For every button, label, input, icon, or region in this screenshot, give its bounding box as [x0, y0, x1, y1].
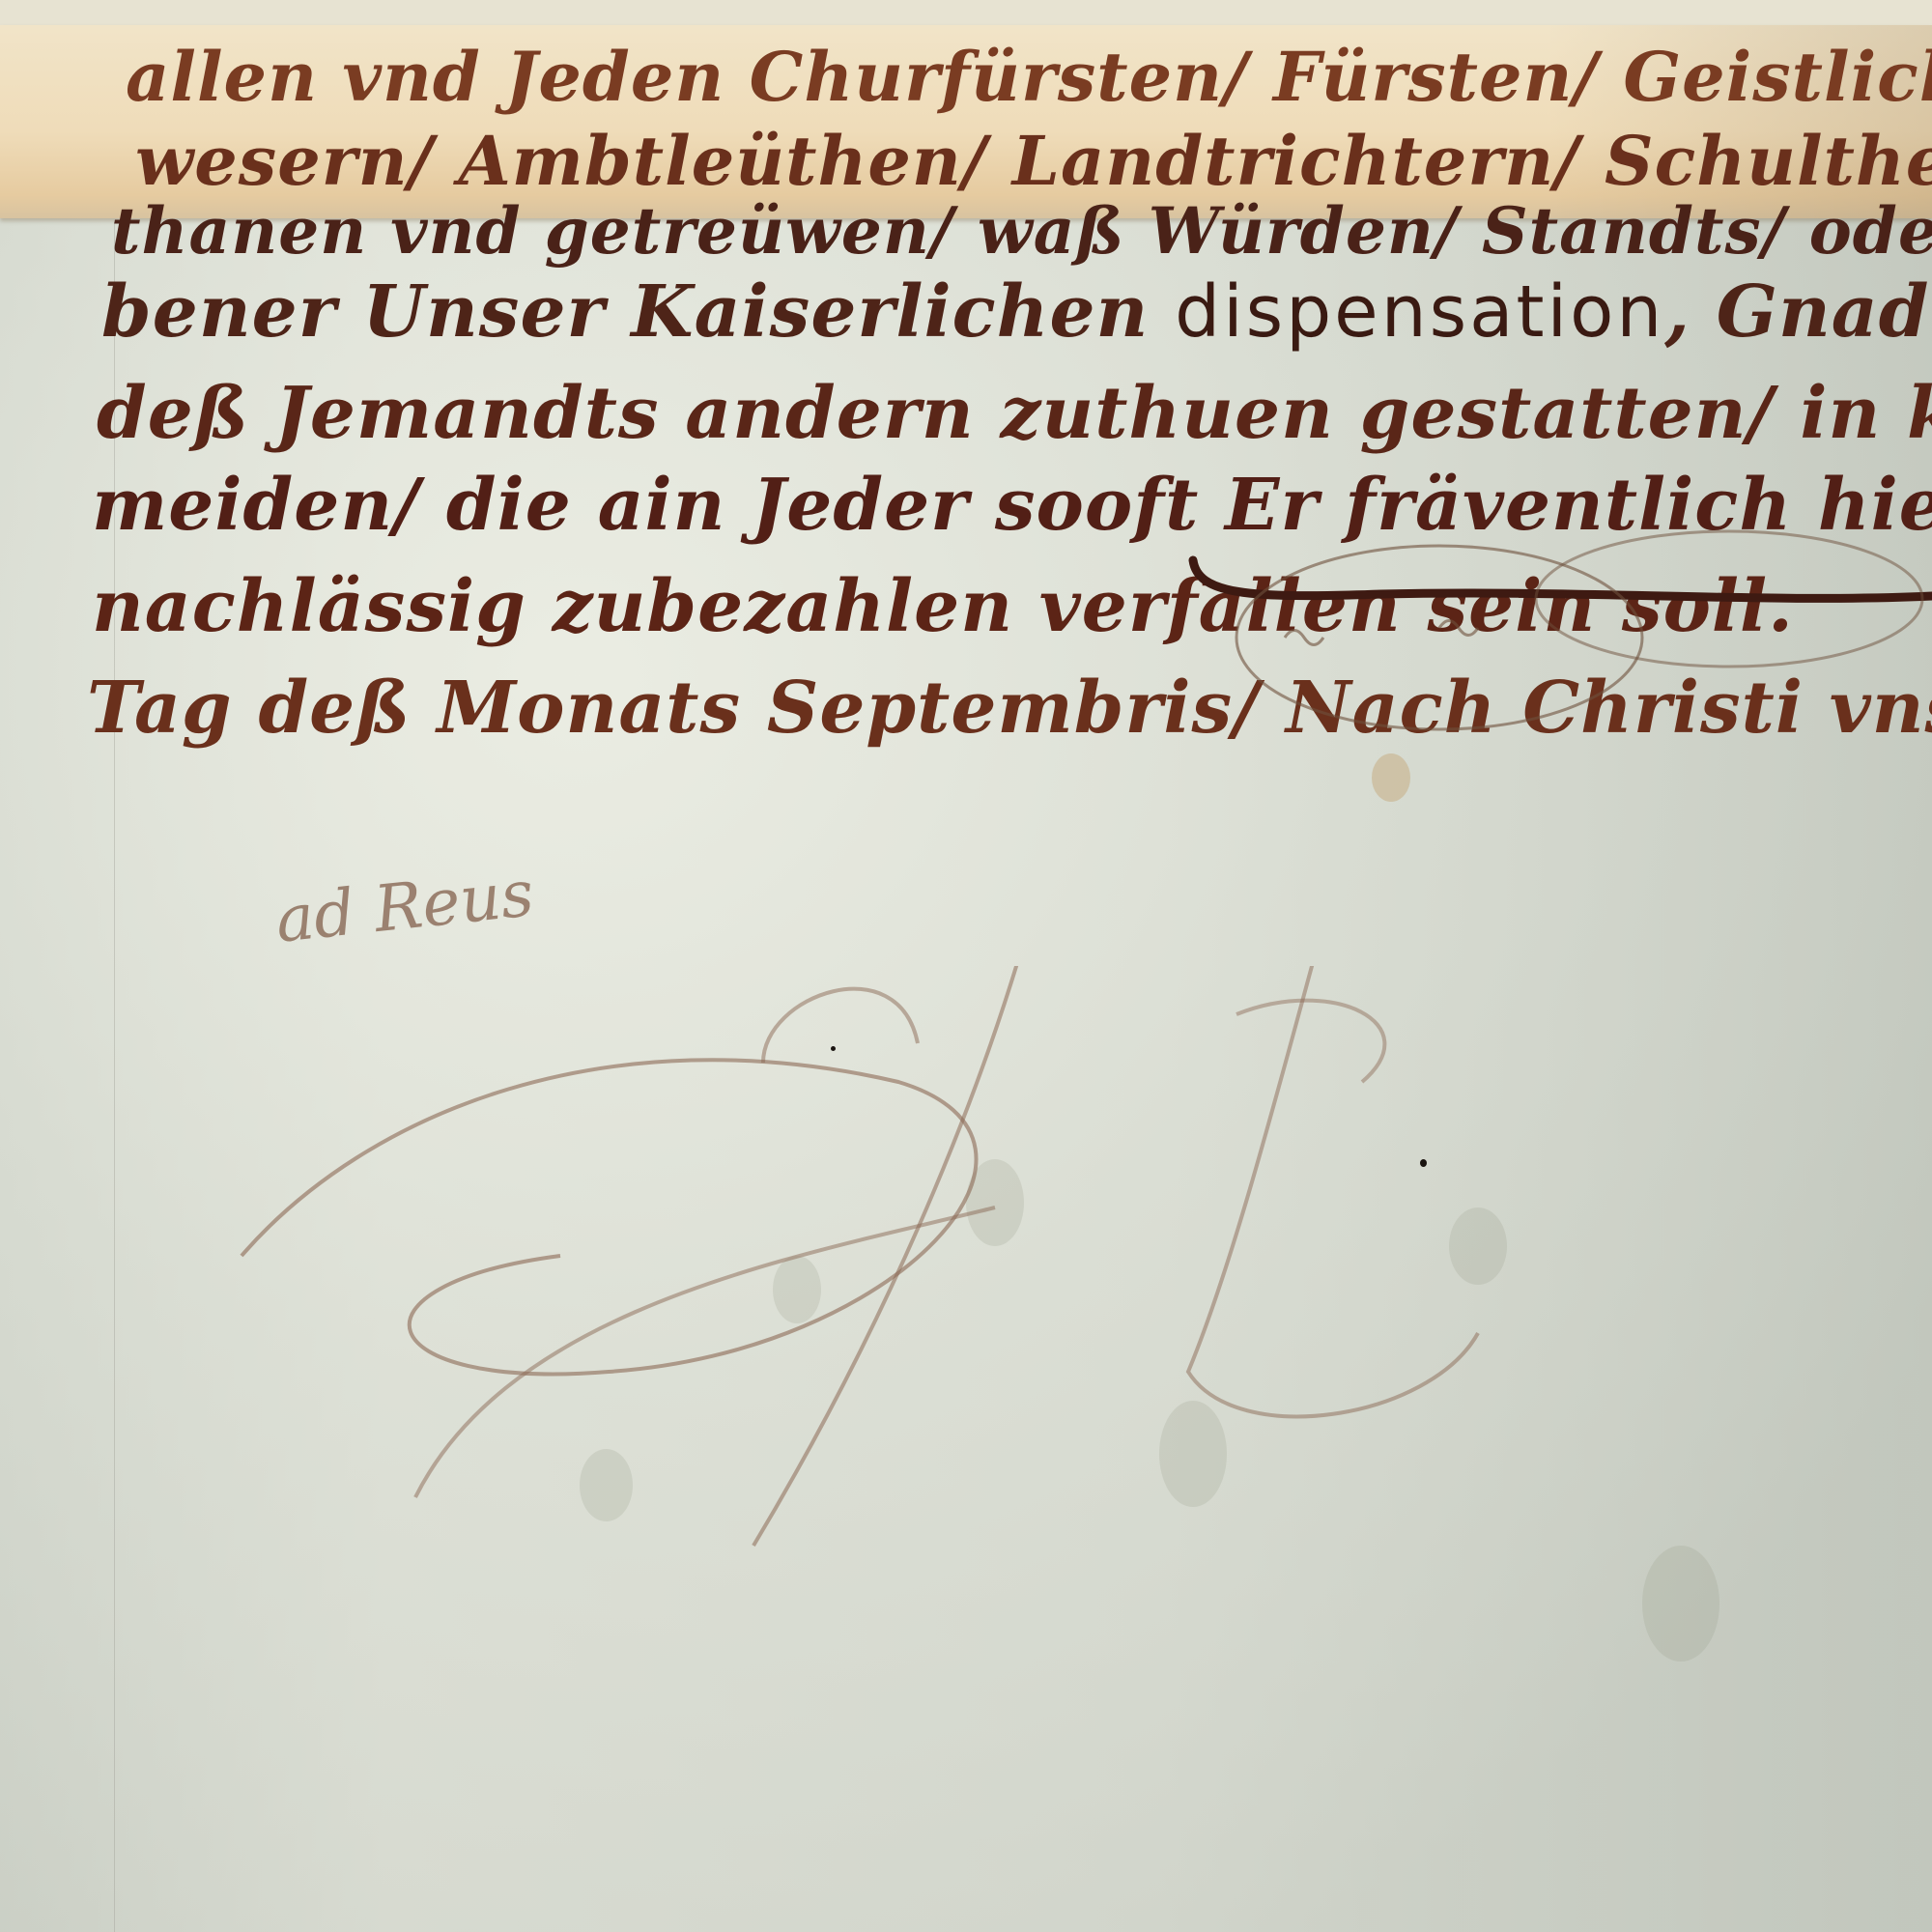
latin-term: dispensation [1175, 270, 1664, 354]
foxing-stain [1372, 753, 1410, 802]
signature-flourish [222, 966, 1575, 1594]
signature-text: ad Reus [272, 856, 537, 957]
page-top-edge [0, 0, 1932, 25]
manuscript-line-4: bener Unser Kaiserlichen dispensation, G… [101, 270, 1932, 354]
foxing-stain [1642, 1546, 1719, 1662]
manuscript-line-5: deß Jemandts andern zuthuen gestatten/ i… [97, 372, 1932, 455]
manuscript-line-2: wesern/ Ambtleüthen/ Landtrichtern/ Schu… [135, 121, 1932, 201]
manuscript-line-1: allen vnd Jeden Churfürsten/ Fürsten/ Ge… [126, 37, 1932, 117]
manuscript-line-3: thanen vnd getreüwen/ waß Würden/ Standt… [111, 193, 1932, 269]
manuscript-page: allen vnd Jeden Churfürsten/ Fürsten/ Ge… [0, 0, 1932, 1932]
decorative-loops [1188, 522, 1932, 734]
